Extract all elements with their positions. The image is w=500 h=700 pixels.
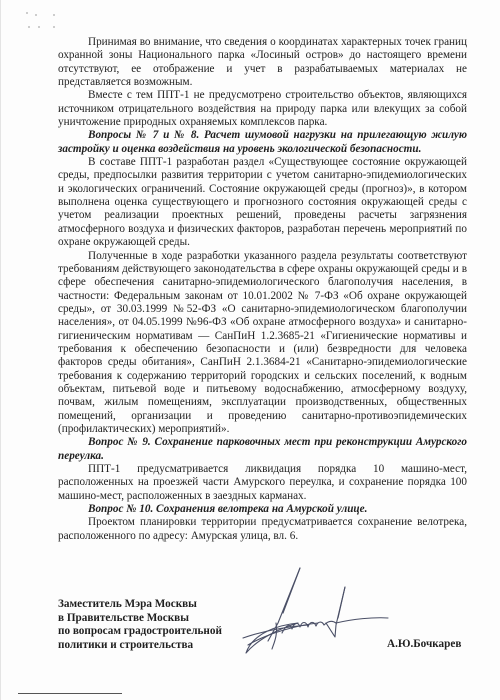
paragraph-legislation-compliance: Полученные в ходе разработки указанного … bbox=[58, 250, 467, 437]
handwritten-signature-icon bbox=[238, 563, 403, 668]
signer-position: Заместитель Мэра Москвы в Правительстве … bbox=[58, 598, 222, 652]
heading-questions-7-8: Вопросы № 7 и № 8. Расчет шумовой нагруз… bbox=[58, 129, 467, 156]
signer-name: А.Ю.Бочкарев bbox=[387, 638, 461, 650]
document-body: Принимая во внимание, что сведения о коо… bbox=[58, 36, 467, 543]
paragraph-velodrome: Проектом планировки территории предусмат… bbox=[58, 516, 467, 543]
signer-position-line: по вопросам градостроительной bbox=[58, 625, 222, 639]
heading-question-10: Вопрос № 10. Сохранения велотрека на Аму… bbox=[58, 503, 467, 516]
scan-artifact-dots bbox=[26, 12, 56, 32]
heading-question-9: Вопрос № 9. Сохранение парковочных мест … bbox=[58, 436, 467, 463]
signature-block: Заместитель Мэра Москвы в Правительстве … bbox=[58, 598, 478, 668]
paragraph-environment-section: В составе ППТ-1 разработан раздел «Сущес… bbox=[58, 156, 467, 249]
signer-position-line: Заместитель Мэра Москвы bbox=[58, 598, 222, 612]
document-page: Принимая во внимание, что сведения о коо… bbox=[0, 0, 500, 700]
footer-divider bbox=[18, 693, 122, 694]
signer-position-line: в Правительстве Москвы bbox=[58, 612, 222, 626]
paragraph-parking-spaces: ППТ-1 предусматривается ликвидация поряд… bbox=[58, 463, 467, 503]
paragraph-no-construction: Вместе с тем ППТ-1 не предусмотрено стро… bbox=[58, 89, 467, 129]
signer-position-line: политики и строительства bbox=[58, 639, 222, 653]
paragraph-natural-park-boundaries: Принимая во внимание, что сведения о коо… bbox=[58, 36, 467, 89]
